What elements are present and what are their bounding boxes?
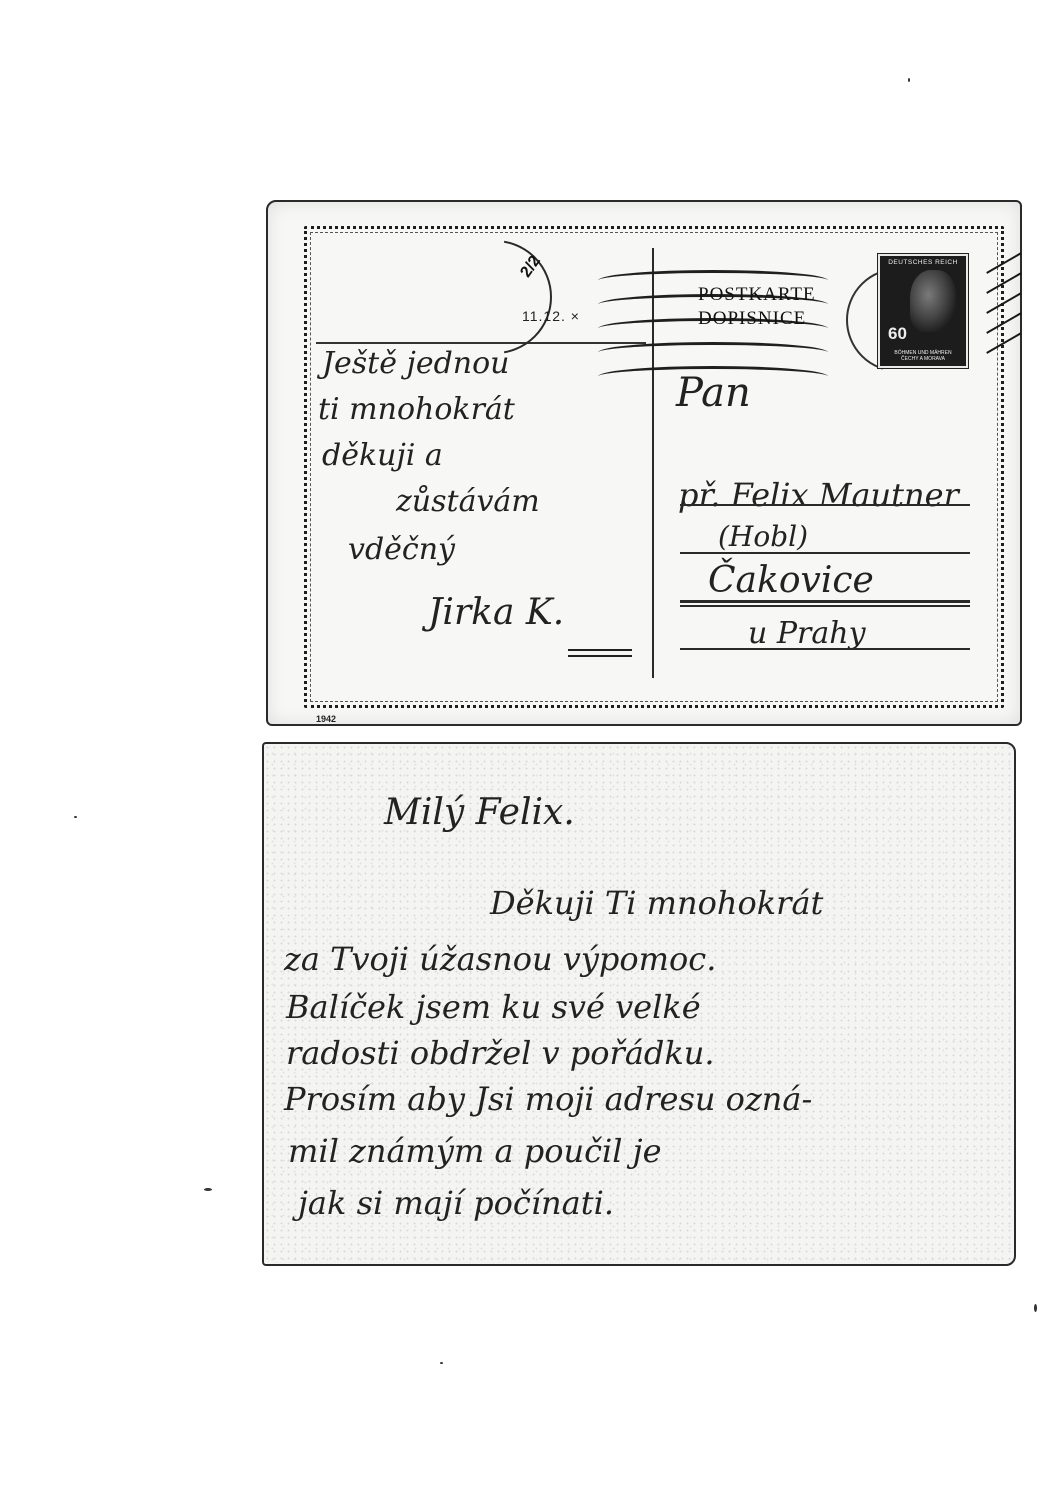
body-line: radosti obdržel v pořádku.	[286, 1034, 715, 1072]
stamp-value: 60	[888, 324, 907, 344]
print-year: 1942	[316, 714, 336, 724]
body-line: mil známým a poučil je	[288, 1132, 662, 1170]
speck	[1034, 1304, 1037, 1312]
body-line: Balíček jsem ku své velké	[286, 988, 701, 1026]
cancellation-bars	[984, 262, 1020, 382]
message-line: ti mnohokrát	[318, 392, 515, 427]
address-line: Čakovice	[708, 560, 874, 601]
portrait-icon	[910, 270, 956, 332]
signature: Jirka K.	[428, 592, 564, 633]
address-salutation: Pan	[676, 370, 751, 416]
address-rule	[680, 648, 970, 650]
address-line: u Prahy	[748, 616, 866, 651]
postcard-front: 2/2 11.12. × POSTKARTE DOPISNICE DEUTSCH…	[266, 200, 1022, 726]
message-line: děkuji a	[322, 438, 443, 473]
printed-heading-german: POSTKARTE	[698, 284, 816, 306]
address-rule	[680, 552, 970, 554]
message-line: Ještě jednou	[322, 346, 510, 381]
greeting: Milý Felix.	[384, 792, 575, 833]
cancellation-wave	[598, 342, 828, 363]
stamp-inscription-line: ČECHY A MORAVA	[880, 356, 966, 362]
postmark-date: 11.12. ×	[522, 308, 580, 324]
postcard-back: Milý Felix. Děkuji Ti mnohokrát za Tvoji…	[262, 742, 1016, 1266]
body-line: jak si mají počínati.	[298, 1184, 614, 1222]
postage-stamp: DEUTSCHES REICH 60 BÖHMEN UND MÄHREN ČEC…	[878, 254, 968, 368]
message-line: zůstávám	[396, 484, 540, 519]
body-line: Prosím aby Jsi moji adresu ozná-	[284, 1080, 812, 1118]
body-line: Děkuji Ti mnohokrát	[490, 884, 823, 922]
printed-heading-czech: DOPISNICE	[698, 308, 806, 330]
message-line: vděčný	[348, 532, 455, 567]
stamp-country: DEUTSCHES REICH	[880, 259, 966, 266]
address-rule	[680, 600, 970, 603]
body-line: za Tvoji úžasnou výpomoc.	[284, 940, 716, 978]
stamp-inscription: BÖHMEN UND MÄHREN ČECHY A MORAVA	[880, 350, 966, 362]
address-rule	[680, 504, 970, 506]
speck	[204, 1188, 212, 1191]
signature-underline	[568, 649, 632, 651]
speck	[440, 1362, 443, 1364]
speck	[908, 78, 910, 82]
address-rule	[680, 605, 970, 607]
message-rule	[316, 342, 646, 344]
speck	[74, 816, 77, 818]
address-line: (Hobl)	[718, 520, 808, 553]
address-line: př. Felix Mautner	[678, 476, 959, 514]
